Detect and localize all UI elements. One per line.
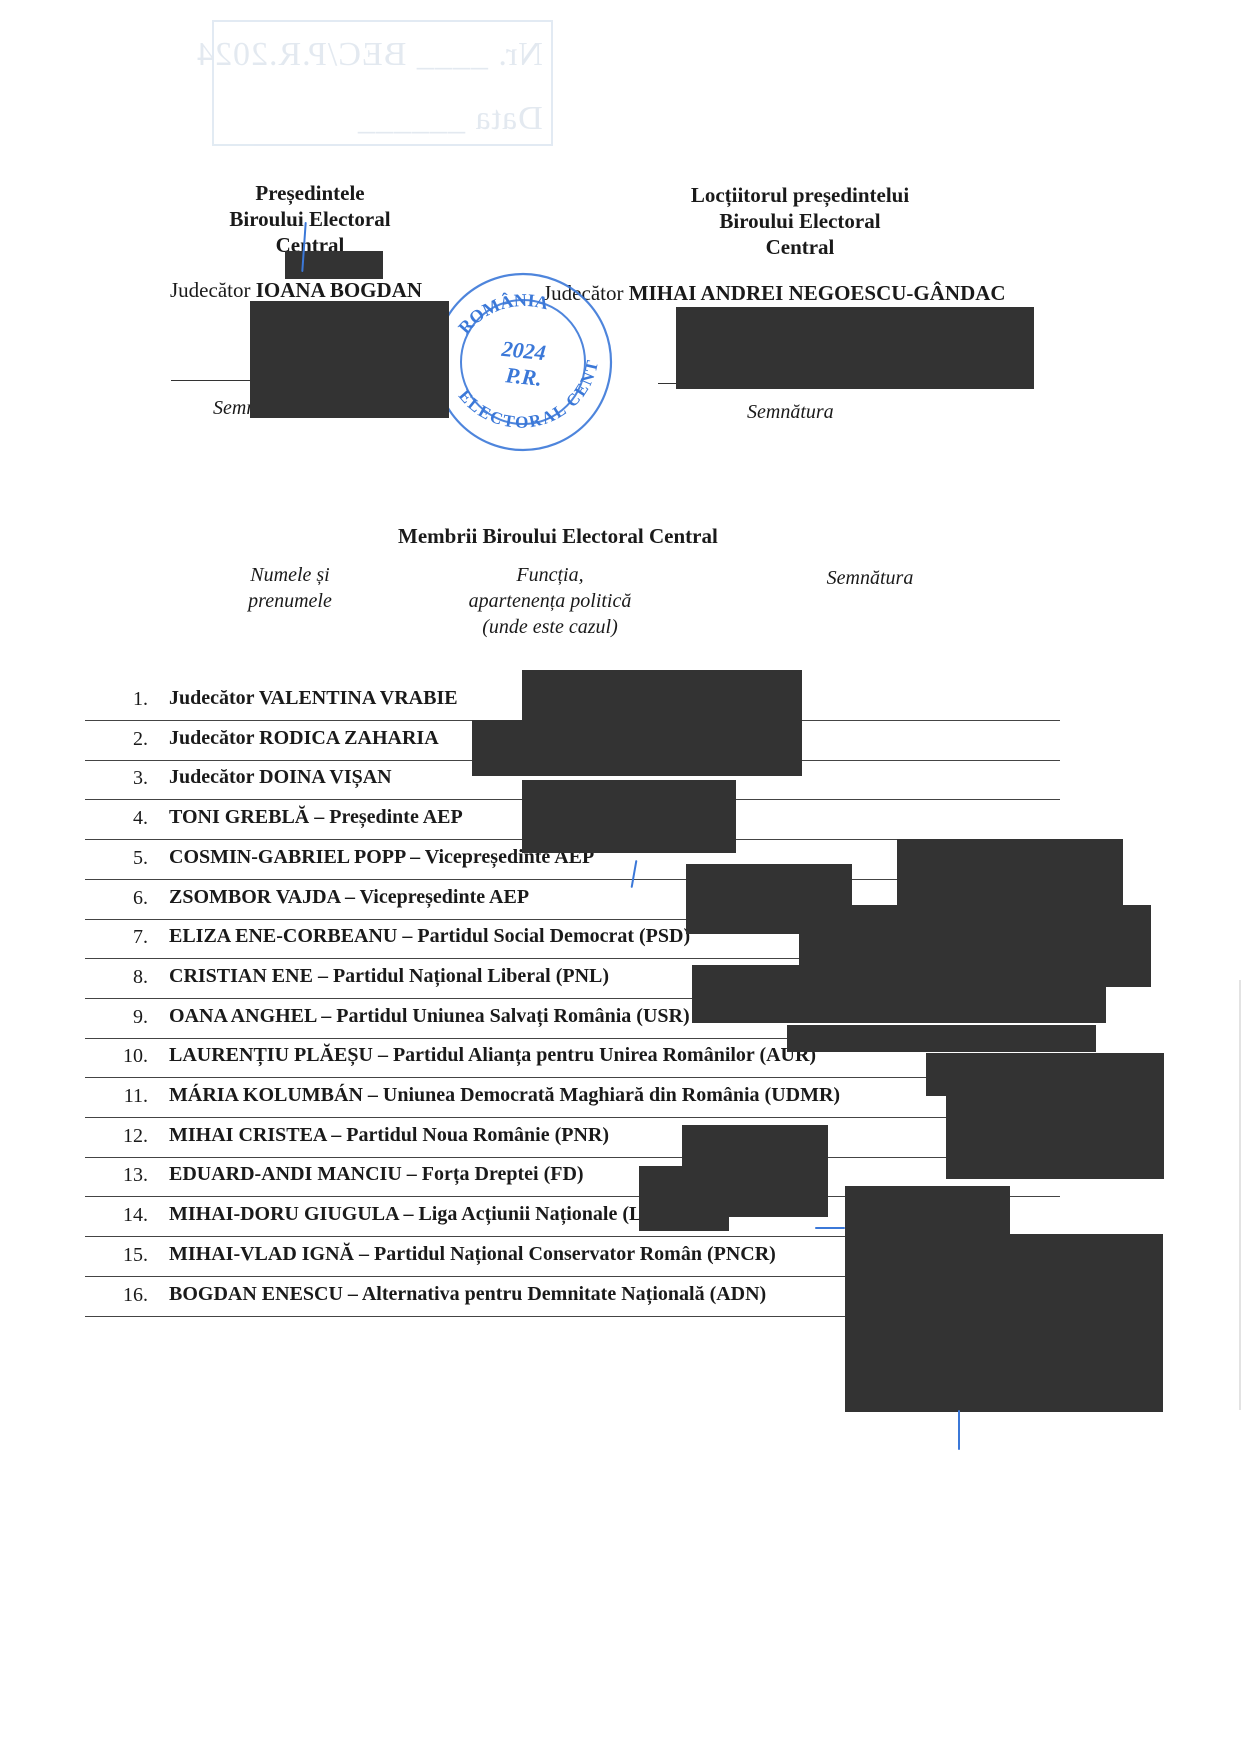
redaction-block (845, 1186, 865, 1412)
row-number: 14. (85, 1204, 148, 1227)
separator: – (340, 886, 360, 908)
member-name: Judecător VALENTINA VRABIE (169, 687, 458, 709)
column-header-line: Funcția, (430, 562, 670, 588)
separator: – (309, 806, 329, 828)
member-function: Partidul Uniunea Salvați România (USR) (336, 1005, 689, 1027)
column-header-signature: Semnătura (800, 565, 940, 591)
member-name: BOGDAN ENESCU (169, 1283, 343, 1305)
row-number: 4. (85, 807, 148, 830)
seal-year: 2024 (500, 336, 547, 366)
member-function: Forța Dreptei (FD) (422, 1163, 584, 1185)
member-function: Partidul Național Conservator Român (PNC… (374, 1243, 776, 1265)
member-entry: Judecător VALENTINA VRABIE (169, 687, 458, 710)
redaction-block (863, 1234, 1163, 1412)
separator: – (363, 1084, 383, 1106)
member-entry: TONI GREBLĂ – Președinte AEP (169, 806, 463, 829)
row-number: 7. (85, 926, 148, 949)
member-name: LAURENȚIU PLĂEȘU (169, 1044, 373, 1066)
president-title-line: Președintele (150, 180, 470, 206)
deputy-signature-label: Semnătura (747, 401, 834, 424)
registration-number: Nr. ____ BEC/P.R.2024 (196, 36, 543, 74)
redaction-block (692, 965, 1106, 1023)
member-name: MIHAI-DORU GIUGULA (169, 1203, 398, 1225)
member-name: ZSOMBOR VAJDA (169, 886, 340, 908)
column-header-function: Funcția, apartenența politică (unde este… (430, 562, 670, 640)
column-header-line: prenumele (220, 588, 360, 614)
separator: – (354, 1243, 374, 1265)
member-function: Partidul Alianța pentru Unirea Românilor… (393, 1044, 816, 1066)
seal-abbrev: P.R. (503, 362, 543, 391)
pen-stroke (815, 1227, 845, 1229)
official-seal-icon: ROMÂNIA ELECTORAL CENTRAL 2024 P.R. (428, 262, 618, 462)
member-entry: CRISTIAN ENE – Partidul Național Liberal… (169, 965, 609, 988)
redaction-block (639, 1166, 729, 1231)
separator: – (326, 1124, 346, 1146)
separator: – (343, 1283, 362, 1305)
column-header-name: Numele și prenumele (220, 562, 360, 614)
column-header-line: Numele și (220, 562, 360, 588)
member-entry: BOGDAN ENESCU – Alternativa pentru Demni… (169, 1283, 766, 1306)
member-name: MÁRIA KOLUMBÁN (169, 1084, 363, 1106)
redaction-block (250, 301, 449, 418)
deputy-title-line: Locțiitorul președintelui (600, 182, 1000, 208)
separator: – (316, 1005, 336, 1027)
member-entry: LAURENȚIU PLĂEȘU – Partidul Alianța pent… (169, 1044, 816, 1067)
member-entry: EDUARD-ANDI MANCIU – Forța Dreptei (FD) (169, 1163, 584, 1186)
row-number: 3. (85, 767, 148, 790)
row-number: 15. (85, 1244, 148, 1267)
member-entry: MIHAI CRISTEA – Partidul Noua Românie (P… (169, 1124, 609, 1147)
svg-text:ROMÂNIA: ROMÂNIA (454, 290, 550, 338)
redaction-block (285, 251, 383, 279)
member-entry: ZSOMBOR VAJDA – Vicepreședinte AEP (169, 886, 529, 909)
separator: – (373, 1044, 393, 1066)
president-name: IOANA BOGDAN (256, 278, 422, 302)
column-header-line: (unde este cazul) (430, 614, 670, 640)
member-name: OANA ANGHEL (169, 1005, 316, 1027)
separator: – (405, 846, 425, 868)
member-entry: ELIZA ENE-CORBEANU – Partidul Social Dem… (169, 925, 690, 948)
redaction-block (522, 670, 802, 776)
member-entry: Judecător RODICA ZAHARIA (169, 727, 439, 750)
member-function: Vicepreședinte AEP (360, 886, 529, 908)
member-name: MIHAI-VLAD IGNĂ (169, 1243, 354, 1265)
member-entry: Judecător DOINA VIȘAN (169, 766, 392, 789)
deputy-title-line: Biroului Electoral (600, 208, 1000, 234)
deputy-name: MIHAI ANDREI NEGOESCU-GÂNDAC (629, 281, 1006, 305)
row-divider (85, 1117, 1060, 1118)
member-entry: MIHAI-VLAD IGNĂ – Partidul Național Cons… (169, 1243, 776, 1266)
redaction-block (946, 1053, 1164, 1179)
member-entry: MIHAI-DORU GIUGULA – Liga Acțiunii Națio… (169, 1203, 678, 1226)
column-header-line: apartenența politică (430, 588, 670, 614)
member-function: Alternativa pentru Demnitate Națională (… (362, 1283, 766, 1305)
member-function: Președinte AEP (329, 806, 463, 828)
president-name-line: Judecător IOANA BOGDAN (170, 278, 422, 303)
member-name: COSMIN-GABRIEL POPP (169, 846, 405, 868)
pen-stroke (958, 1410, 960, 1450)
registration-date: Data ______ (357, 100, 543, 138)
registration-stamp: Nr. ____ BEC/P.R.2024 Data ______ (212, 20, 553, 146)
member-name: EDUARD-ANDI MANCIU (169, 1163, 402, 1185)
separator: – (402, 1163, 422, 1185)
president-role: Judecător (170, 278, 250, 302)
separator: – (313, 965, 333, 987)
members-title: Membrii Biroului Electoral Central (398, 524, 718, 549)
row-number: 8. (85, 966, 148, 989)
president-title: Președintele Biroului Electoral Central (150, 180, 470, 258)
row-number: 2. (85, 728, 148, 751)
member-function: Partidul Noua Românie (PNR) (346, 1124, 609, 1146)
president-title-line: Biroului Electoral (150, 206, 470, 232)
member-entry: OANA ANGHEL – Partidul Uniunea Salvați R… (169, 1005, 690, 1028)
deputy-title-line: Central (600, 234, 1000, 260)
row-number: 12. (85, 1125, 148, 1148)
row-divider (85, 1157, 1060, 1158)
separator: – (398, 1203, 418, 1225)
table-row: 12.MIHAI CRISTEA – Partidul Noua Românie… (85, 1121, 1060, 1161)
member-name: CRISTIAN ENE (169, 965, 313, 987)
deputy-title: Locțiitorul președintelui Biroului Elect… (600, 182, 1000, 260)
member-name: TONI GREBLĂ (169, 806, 309, 828)
member-function: Uniunea Democrată Maghiară din România (… (383, 1084, 840, 1106)
row-number: 1. (85, 688, 148, 711)
member-name: ELIZA ENE-CORBEANU (169, 925, 397, 947)
member-name: Judecător RODICA ZAHARIA (169, 727, 439, 749)
member-name: MIHAI CRISTEA (169, 1124, 326, 1146)
row-number: 10. (85, 1045, 148, 1068)
row-number: 11. (85, 1085, 148, 1108)
member-name: Judecător DOINA VIȘAN (169, 766, 392, 788)
row-divider (85, 1077, 1060, 1078)
row-number: 16. (85, 1284, 148, 1307)
row-number: 9. (85, 1006, 148, 1029)
table-row: 11.MÁRIA KOLUMBÁN – Uniunea Democrată Ma… (85, 1081, 1060, 1121)
member-function: Partidul Național Liberal (PNL) (333, 965, 609, 987)
redaction-block (787, 1025, 1096, 1052)
row-number: 5. (85, 847, 148, 870)
row-number: 6. (85, 887, 148, 910)
redaction-block (472, 720, 552, 776)
redaction-block (845, 1186, 1010, 1236)
redaction-block (676, 307, 1034, 389)
seal-top-text: ROMÂNIA (454, 290, 550, 338)
row-number: 13. (85, 1164, 148, 1187)
member-function: Partidul Social Democrat (PSD) (417, 925, 690, 947)
redaction-block (522, 780, 736, 853)
member-entry: MÁRIA KOLUMBÁN – Uniunea Democrată Maghi… (169, 1084, 840, 1107)
separator: – (397, 925, 417, 947)
